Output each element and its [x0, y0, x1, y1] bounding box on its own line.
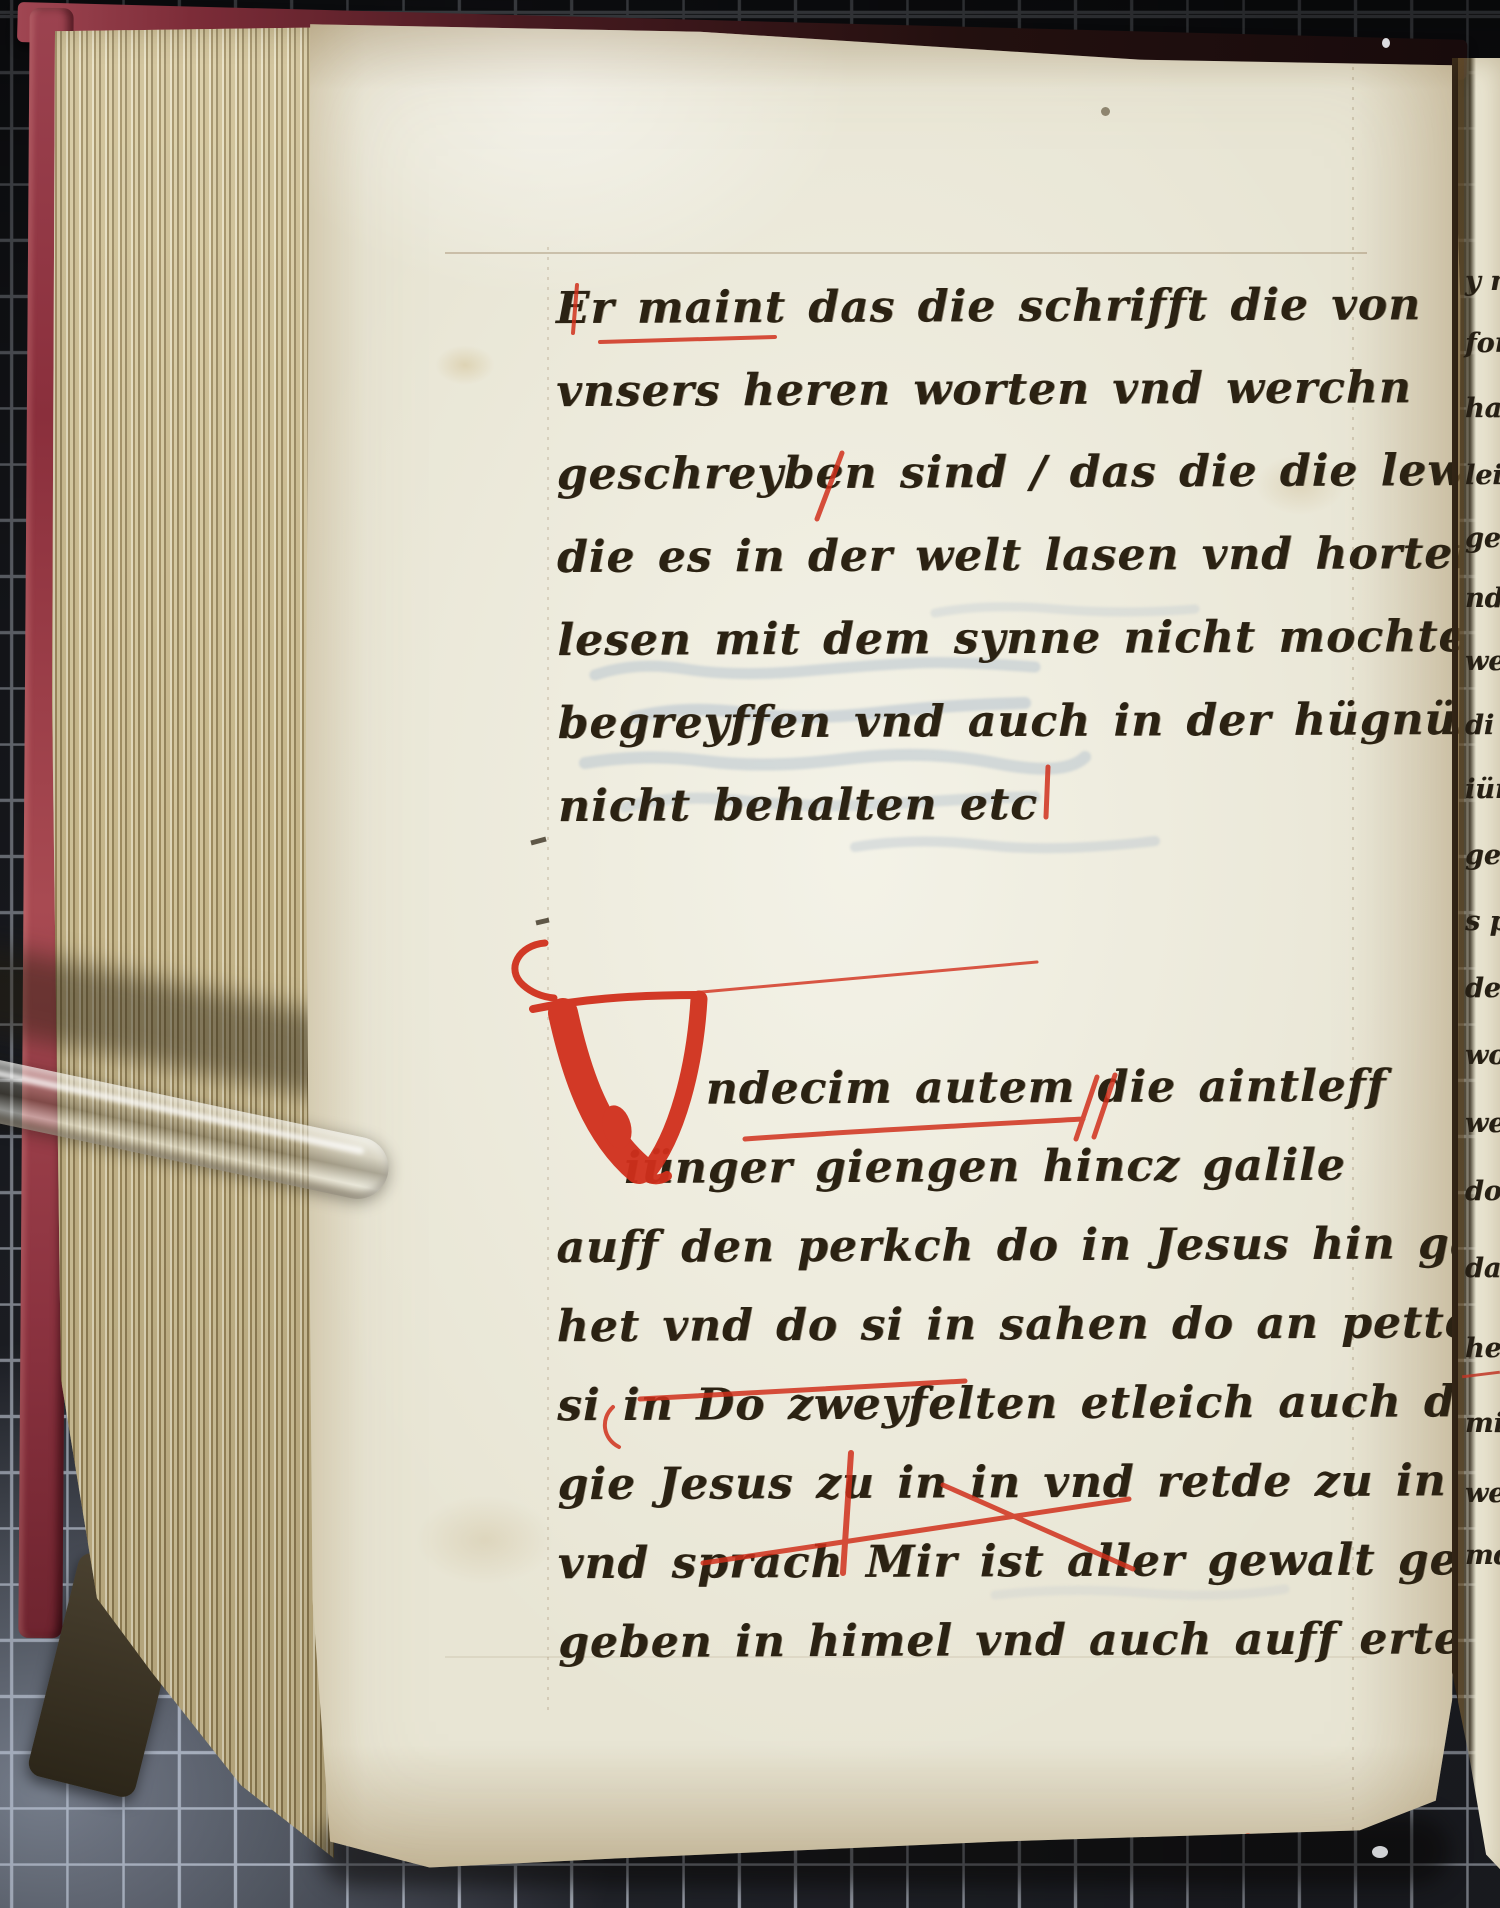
strip-text-fragment: s par	[1465, 906, 1500, 937]
rubric-marks	[573, 285, 1252, 1841]
strip-text-fragment: di gest	[1465, 710, 1500, 741]
strip-text-fragment: weysse	[1465, 1478, 1500, 1509]
strip-red-underline	[1462, 1371, 1500, 1379]
strip-text-fragment: y m	[1465, 266, 1500, 297]
strip-text-fragment: gepot	[1465, 523, 1500, 554]
manuscript-photo-scene: Er maint das die schrifft die von vnsers…	[0, 0, 1500, 1908]
strip-text-fragment: haus	[1465, 393, 1500, 424]
dust-speck	[1372, 1846, 1388, 1858]
facing-page-strip: y m for w haus lein f gepot nd hm welt e…	[1452, 58, 1500, 1880]
strip-text-fragment: md fr	[1465, 1540, 1500, 1571]
strip-text-fragment: welt a	[1465, 1108, 1500, 1139]
strip-text-fragment: herren	[1465, 1333, 1500, 1364]
strip-text-fragment: iünger	[1465, 774, 1500, 805]
strip-text-fragment: nd hm	[1465, 583, 1500, 614]
rubricated-initial-V	[515, 943, 1037, 1179]
rubrication-layer	[295, 15, 1465, 1875]
strip-text-fragment: welt e	[1465, 646, 1500, 677]
strip-text-fragment: do si d	[1465, 1176, 1500, 1207]
strip-text-fragment: mit freu	[1465, 1408, 1500, 1439]
strip-text-fragment: gerech	[1465, 840, 1500, 871]
manuscript-page: Er maint das die schrifft die von vnsers…	[295, 15, 1465, 1875]
strip-text-fragment: da an p	[1465, 1253, 1500, 1284]
dust-speck	[1382, 38, 1390, 48]
strip-text-fragment: der da	[1465, 973, 1500, 1004]
strip-text-fragment: wolt all	[1465, 1040, 1500, 1071]
strip-text-fragment: for w	[1465, 328, 1500, 359]
strip-text-fragment: lein f	[1465, 460, 1500, 491]
